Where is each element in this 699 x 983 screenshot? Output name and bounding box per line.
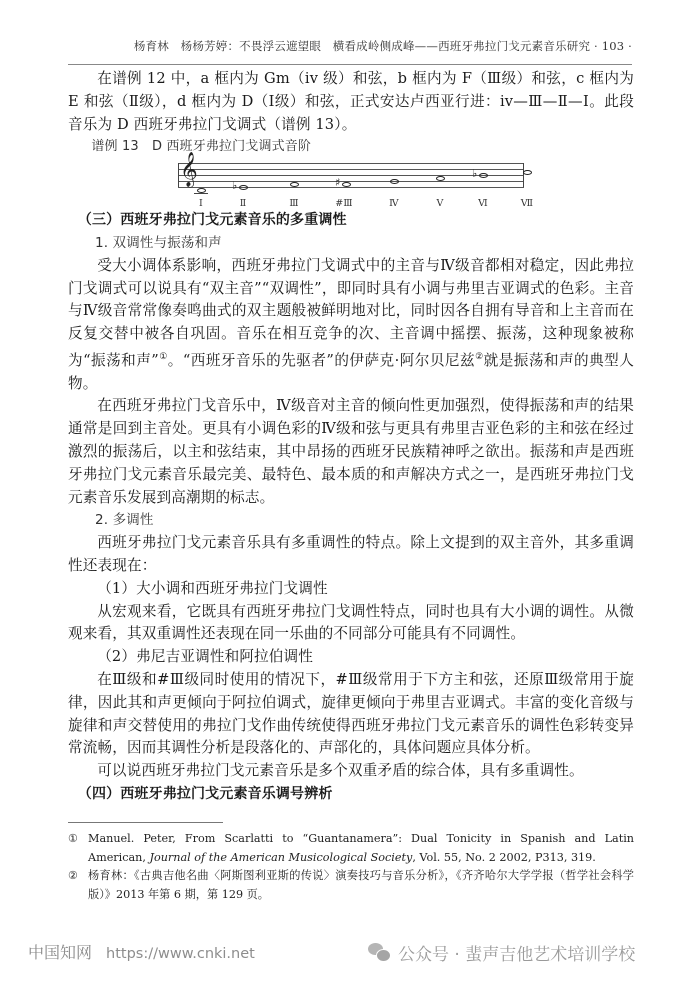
treble-clef-icon: 𝄞 [180,155,198,185]
note-degree-2 [239,185,248,190]
cnki-watermark: 中国知网https://www.cnki.net [28,940,255,963]
paragraph-1: 在谱例 12 中，a 框内为 Gm（iv 级）和弦，b 框内为 F（Ⅲ级）和弦，… [68,68,634,136]
paragraph-4: 西班牙弗拉门戈元素音乐具有多重调性的特点。除上文提到的双主音外，其多重调性还表现… [68,532,634,578]
footnote-ref-2[interactable]: ② [475,352,484,362]
note-degree-7 [523,170,532,175]
flat-icon: ♭ [232,180,237,191]
sharp-icon: ♯ [335,177,340,188]
degree-label: Ⅶ [512,193,542,216]
flat-icon: ♭ [472,168,477,179]
header-rule [68,64,632,65]
degree-label: Ⅲ [279,193,309,216]
note-degree-4 [390,179,399,184]
staff: 𝄞 ♭ ♯ ♭ Ⅰ [178,163,524,191]
music-score-example-13: 𝄞 ♭ ♯ ♭ Ⅰ [68,159,634,209]
footnote-mark: ① [68,830,88,867]
paragraph-6: 在Ⅲ级和#Ⅲ级同时使用的情况下，#Ⅲ级常用于下方主和弦，还原Ⅲ级常用于旋律，因此… [68,669,634,760]
item-heading-1: （1）大小调和西班牙弗拉门戈调性 [68,578,634,601]
footnote-ref-1[interactable]: ① [159,352,168,362]
paragraph-3: 在西班牙弗拉门戈音乐中，Ⅳ级音对主音的倾向性更加强烈，使得振荡和声的结果通常是回… [68,395,634,509]
paragraph-7: 可以说西班牙弗拉门戈元素音乐是多个双重矛盾的综合体，具有多重调性。 [68,760,634,783]
wechat-watermark: 公众号 · 蜚声吉他艺术培训学校 [368,940,635,965]
footnote-mark: ② [68,867,88,904]
degree-label: Ⅰ [186,193,216,216]
subheading-2: 2. 多调性 [68,509,634,532]
degree-label: Ⅱ [228,193,258,216]
footnote-2: ② 杨育林：《古典吉他名曲〈阿斯图利亚斯的传说〉演奏技巧与音乐分析》，《齐齐哈尔… [68,867,634,904]
degree-label: #Ⅲ [329,193,359,216]
paragraph-2: 受大小调体系影响，西班牙弗拉门戈调式中的主音与Ⅳ级音都相对稳定，因此弗拉门戈调式… [68,255,634,396]
wechat-icon [368,943,392,963]
footnote-rule [68,822,223,823]
footnotes: ① Manuel. Peter, From Scarlatti to “Guan… [68,830,634,904]
paragraph-5: 从宏观来看，它既具有西班牙弗拉门戈调性特点，同时也具有大小调的调性。从微观来看，… [68,601,634,647]
footnote-1: ① Manuel. Peter, From Scarlatti to “Guan… [68,830,634,867]
cnki-url[interactable]: https://www.cnki.net [106,946,255,962]
journal-title: Journal of the American Musicological So… [150,851,413,864]
running-head: 杨育林 杨杨芳婷：不畏浮云遮望眼 横看成岭侧成峰——西班牙弗拉门戈元素音乐研究 … [68,38,632,54]
cnki-brand: 中国知网 [28,943,92,962]
document-page: 杨育林 杨杨芳婷：不畏浮云遮望眼 横看成岭侧成峰——西班牙弗拉门戈元素音乐研究 … [0,0,699,983]
subheading-1: 1. 双调性与振荡和声 [68,232,634,255]
degree-label: Ⅴ [425,193,455,216]
section-heading-4: （四）西班牙弗拉门戈元素音乐调号辨析 [68,783,634,806]
degree-label: Ⅵ [468,193,498,216]
body-text: 在谱例 12 中，a 框内为 Gm（iv 级）和弦，b 框内为 F（Ⅲ级）和弦，… [68,68,634,806]
item-heading-2: （2）弗尼吉亚调性和阿拉伯调性 [68,646,634,669]
note-degree-6 [479,173,488,178]
wechat-account-name: 公众号 · 蜚声吉他艺术培训学校 [398,940,635,965]
example-title: 谱例 13 D 西班牙弗拉门戈调式音阶 [68,136,634,159]
degree-label: Ⅳ [379,193,409,216]
